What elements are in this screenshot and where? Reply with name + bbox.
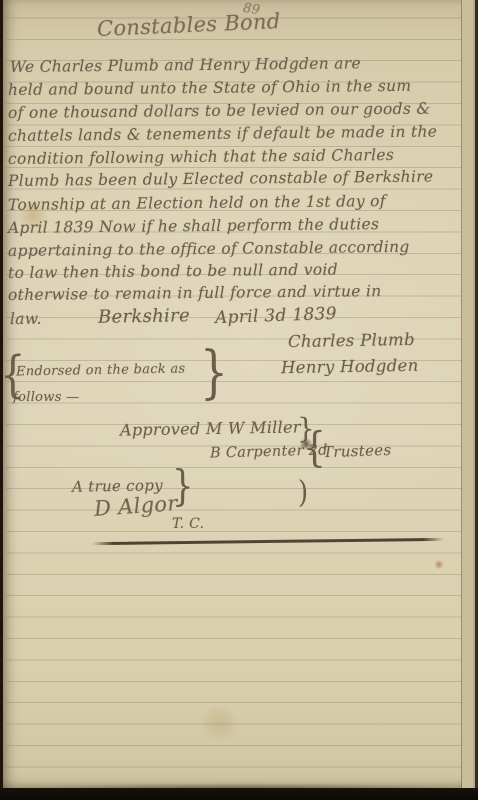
paren-icon: ) [298, 475, 308, 511]
endorsement-note-line1: Endorsed on the back as [16, 362, 186, 380]
trustees-label: Trustees [323, 441, 392, 461]
clerk-title: T. C. [172, 516, 204, 532]
approved-line: Approved M W Miller [120, 417, 301, 439]
photo-bottom-edge [0, 788, 478, 800]
dateline-law: law. [10, 310, 42, 328]
page-right-edge [461, 0, 478, 789]
signature-henry-hodgden: Henry Hodgden [281, 356, 419, 377]
dateline-date: April 3d 1839 [215, 304, 337, 328]
endorsement-note-line2: follows — [13, 390, 79, 405]
body-line: to law then this bond to be null and voi… [8, 261, 338, 282]
dateline-place: Berkshire [98, 305, 190, 328]
brace-right-icon: } [200, 339, 228, 405]
body-line: We Charles Plumb and Henry Hodgden are [10, 54, 361, 76]
ledger-photo: 89 Constables Bond We Charles Plumb and … [0, 0, 478, 800]
signature-charles-plumb: Charles Plumb [288, 330, 415, 351]
